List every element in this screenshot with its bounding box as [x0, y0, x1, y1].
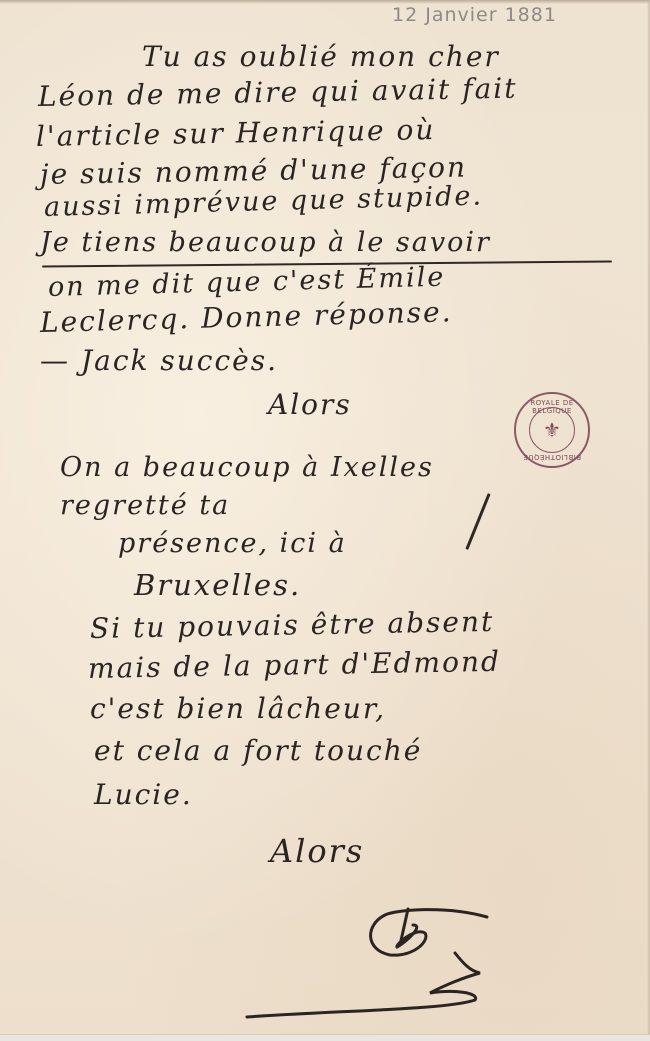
letter-line: regretté ta	[60, 490, 230, 521]
letter-line: c'est bien lâcheur,	[90, 692, 386, 725]
letter-line: — Jack succès.	[40, 344, 278, 377]
letter-line: Si tu pouvais être absent	[90, 605, 495, 645]
letter-line: Bruxelles.	[134, 568, 301, 602]
stamp-text-top: ROYALE DE BELGIQUE	[516, 399, 588, 415]
pencil-date-annotation: 12 Janvier 1881	[392, 4, 557, 26]
paper-bottom-edge	[0, 1034, 650, 1041]
closing-word: Alors	[270, 832, 364, 870]
letter-line: et cela a fort touché	[94, 734, 422, 767]
letter-line: Lucie.	[94, 778, 193, 811]
letter-line: l'article sur Henrique où	[36, 113, 436, 153]
letter-line-underlined: Je tiens beaucoup à le savoir	[40, 227, 491, 258]
library-stamp: ROYALE DE BELGIQUE ⚜ BIBLIOTHÈQUE	[514, 392, 590, 468]
stamp-text-bottom: BIBLIOTHÈQUE	[516, 453, 588, 461]
letter-line: Alors	[268, 388, 352, 421]
letter-line: On a beaucoup à Ixelles	[60, 452, 434, 483]
signature-monogram-icon	[225, 885, 525, 1025]
letter-line: présence, ici à	[118, 528, 347, 559]
letter-line: Tu as oublié mon cher	[142, 40, 500, 73]
